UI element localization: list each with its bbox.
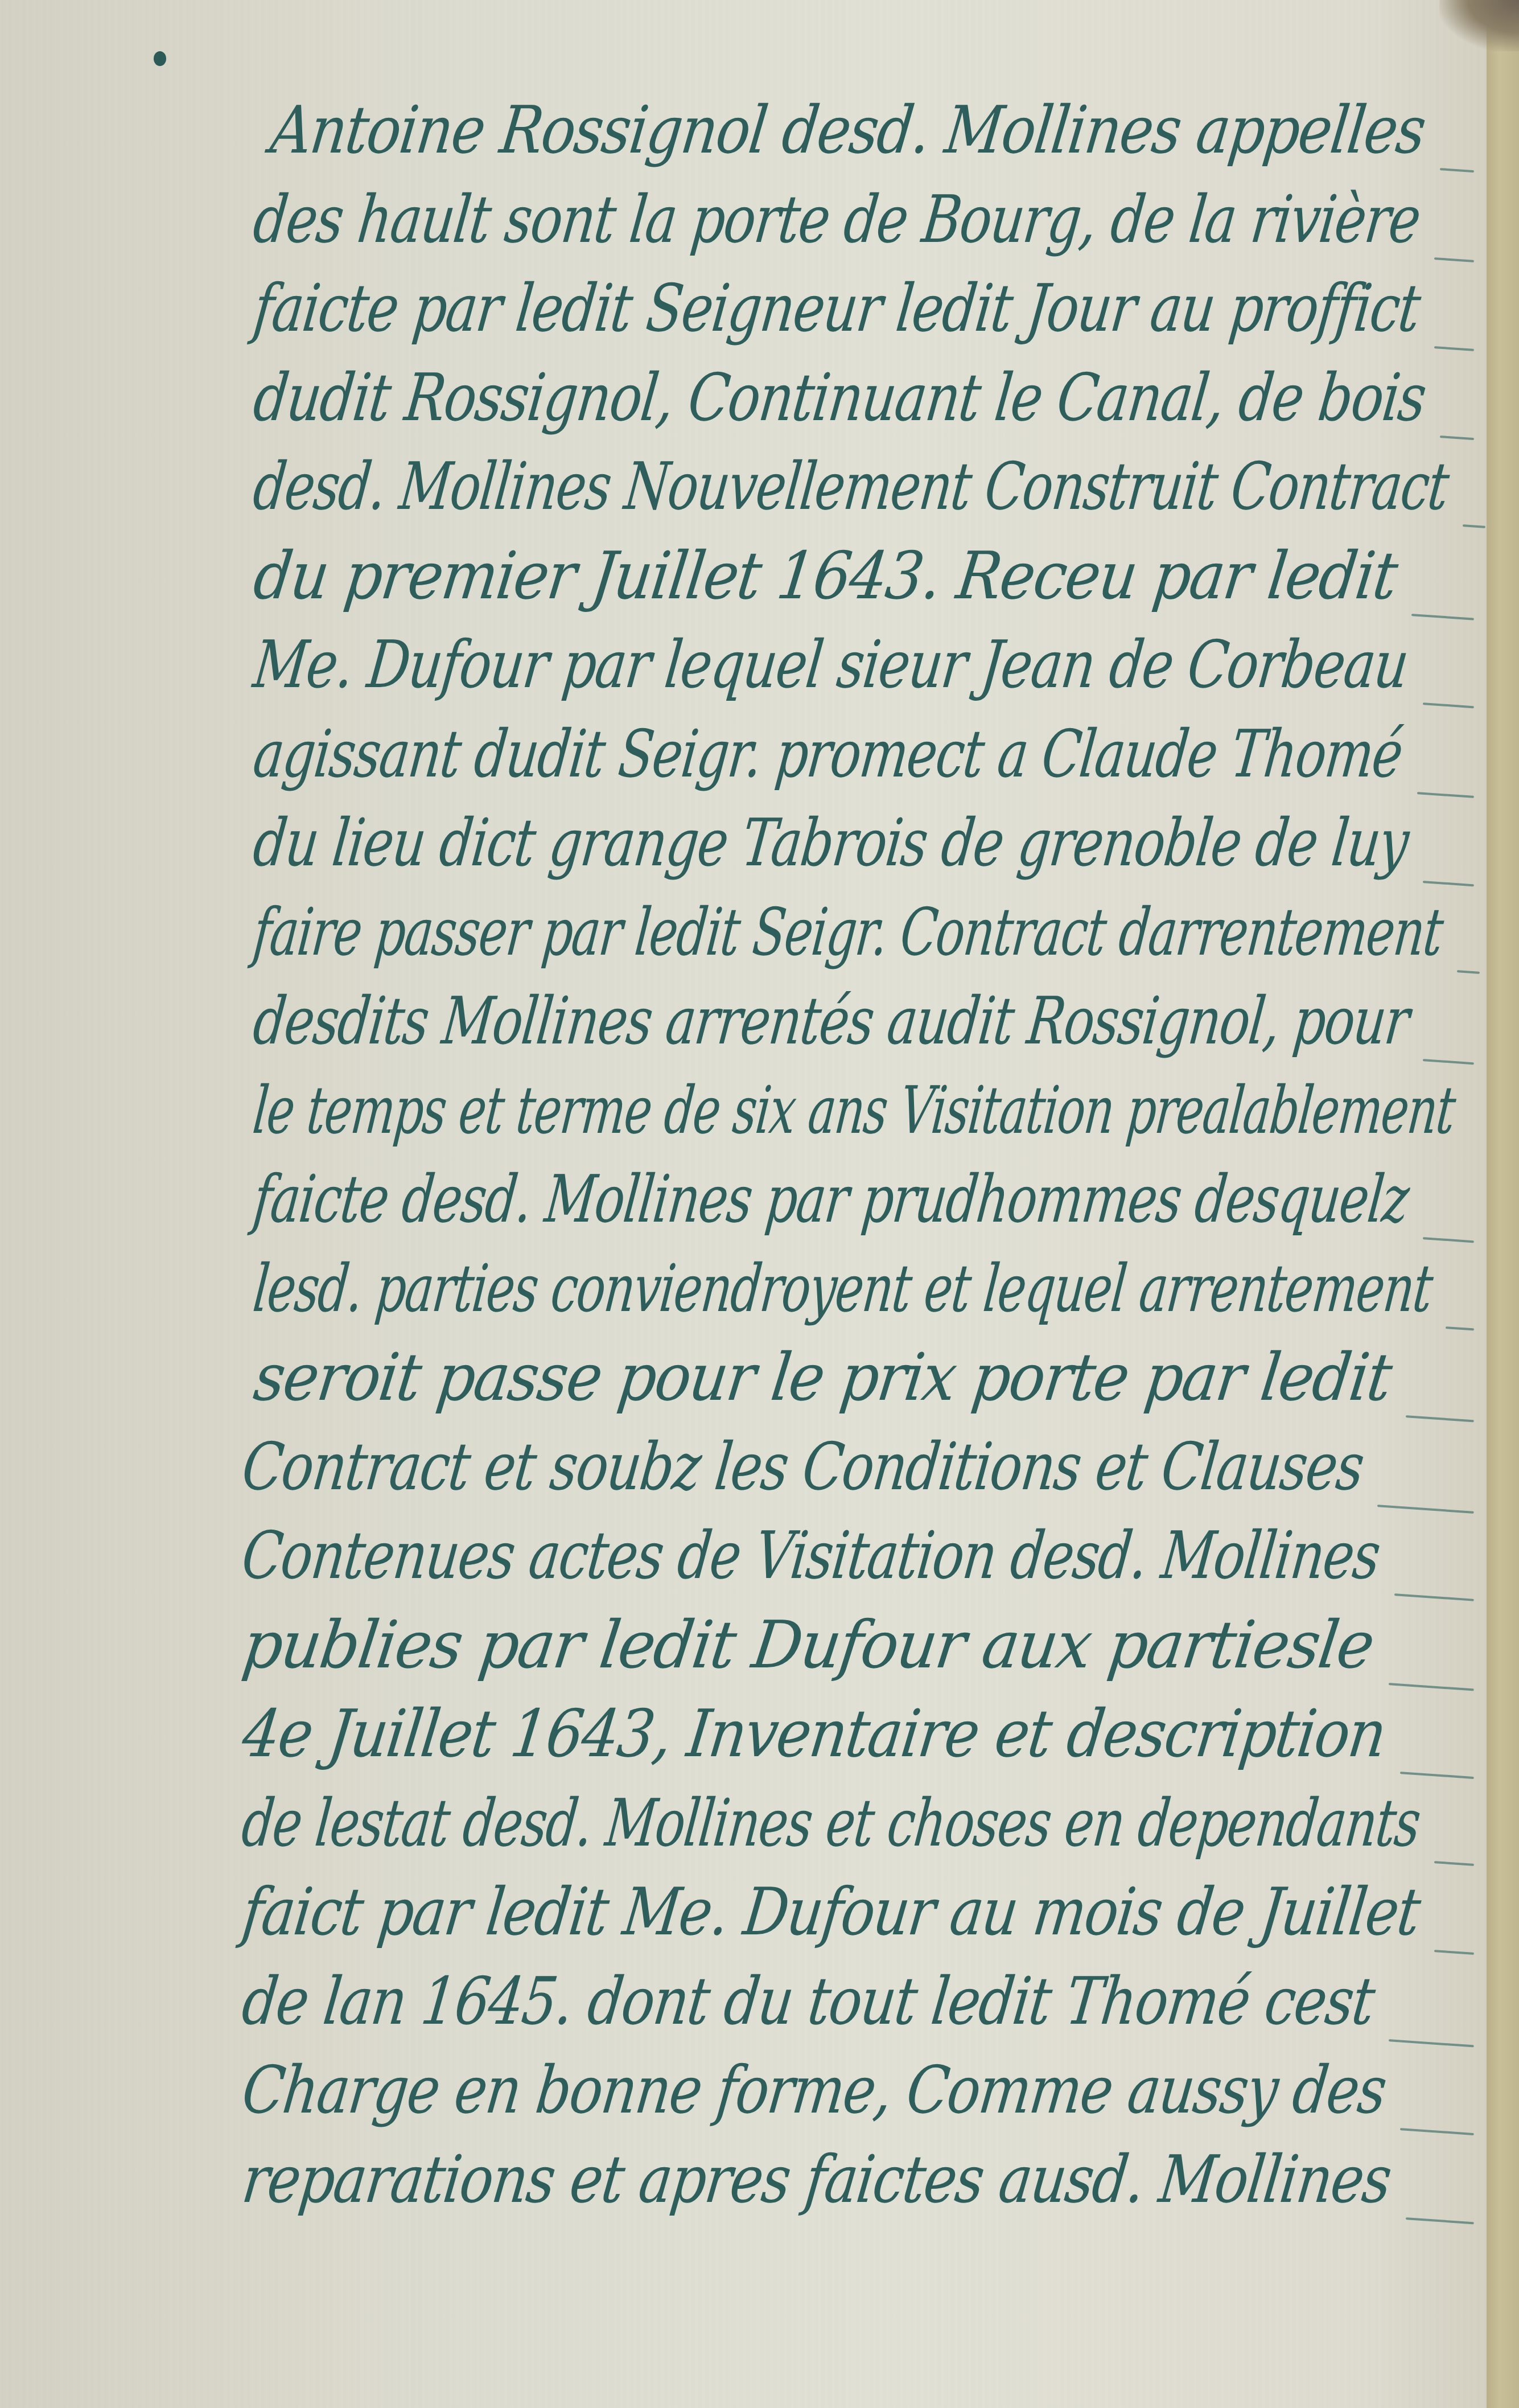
line-filler-dash bbox=[1377, 1505, 1474, 1514]
line-filler-dash bbox=[1406, 1415, 1474, 1422]
line-filler-dash bbox=[1389, 1683, 1474, 1691]
line-filler-dash bbox=[1457, 970, 1480, 974]
manuscript-line: Antoine Rossignol desd. Mollines appelle… bbox=[267, 98, 1429, 163]
manuscript-line: agissant dudit Seigr. promect a Claude T… bbox=[250, 722, 1405, 787]
manuscript-line: publies par ledit Dufour aux partiesle bbox=[239, 1613, 1377, 1678]
line-filler-dash bbox=[1423, 1059, 1474, 1065]
manuscript-line: lesd. parties conviendroyent et lequel a… bbox=[250, 1256, 1435, 1322]
manuscript-line: faire passer par ledit Seigr. Contract d… bbox=[250, 900, 1446, 965]
line-filler-dash bbox=[1434, 1861, 1474, 1866]
line-filler-dash bbox=[1434, 346, 1474, 351]
manuscript-line: de lan 1645. dont du tout ledit Thomé ce… bbox=[239, 1969, 1377, 2035]
manuscript-line: desdits Mollines arrentés audit Rossigno… bbox=[250, 989, 1411, 1054]
manuscript-line: faicte desd. Mollines par prudhommes des… bbox=[250, 1167, 1411, 1232]
line-filler-dash bbox=[1423, 881, 1474, 886]
manuscript-line: seroit passe pour le prix porte par ledi… bbox=[250, 1345, 1394, 1411]
manuscript-line: dudit Rossignol, Continuant le Canal, de… bbox=[250, 365, 1429, 431]
manuscript-page: Antoine Rossignol desd. Mollines appelle… bbox=[0, 0, 1487, 2408]
manuscript-line: 4e Juillet 1643, Inventaire et descripti… bbox=[239, 1702, 1389, 1767]
line-filler-dash bbox=[1394, 1593, 1474, 1601]
line-filler-dash bbox=[1463, 524, 1485, 528]
manuscript-line: Charge en bonne forme, Comme aussy des bbox=[239, 2058, 1389, 2123]
line-filler-dash bbox=[1411, 614, 1474, 621]
manuscript-line: faict par ledit Me. Dufour au mois de Ju… bbox=[239, 1880, 1423, 1945]
line-filler-dash bbox=[1440, 435, 1474, 440]
manuscript-line: desd. Mollines Nouvellement Construit Co… bbox=[250, 454, 1451, 520]
manuscript-line: des hault sont la porte de Bourg, de la … bbox=[250, 187, 1423, 253]
manuscript-line: de lestat desd. Mollines et choses en de… bbox=[239, 1791, 1423, 1856]
page-corner-shadow bbox=[1439, 0, 1519, 51]
line-filler-dash bbox=[1423, 702, 1474, 708]
manuscript-line: Contract et soubz les Conditions et Clau… bbox=[239, 1435, 1366, 1500]
line-filler-dash bbox=[1440, 168, 1474, 172]
line-filler-dash bbox=[1423, 1237, 1474, 1243]
line-filler-dash bbox=[1434, 1950, 1474, 1955]
handwritten-text-block: Antoine Rossignol desd. Mollines appelle… bbox=[0, 0, 1487, 2408]
book-edge bbox=[1487, 0, 1519, 2408]
manuscript-line: le temps et terme de six ans Visitation … bbox=[250, 1078, 1458, 1144]
line-filler-dash bbox=[1389, 2039, 1474, 2047]
manuscript-line: du premier Juillet 1643. Receu par ledit bbox=[250, 544, 1400, 609]
manuscript-line: Contenues actes de Visitation desd. Moll… bbox=[239, 1523, 1382, 1589]
line-filler-dash bbox=[1400, 1772, 1474, 1779]
line-filler-dash bbox=[1446, 1326, 1474, 1330]
line-filler-dash bbox=[1406, 2217, 1474, 2224]
line-filler-dash bbox=[1417, 792, 1474, 798]
manuscript-line: Me. Dufour par lequel sieur Jean de Corb… bbox=[250, 632, 1411, 698]
manuscript-line: faicte par ledit Seigneur ledit Jour au … bbox=[250, 276, 1423, 342]
manuscript-line: reparations et apres faictes ausd. Molli… bbox=[239, 2147, 1394, 2213]
manuscript-line: du lieu dict grange Tabrois de grenoble … bbox=[250, 811, 1411, 876]
line-filler-dash bbox=[1400, 2128, 1474, 2135]
line-filler-dash bbox=[1434, 257, 1474, 262]
